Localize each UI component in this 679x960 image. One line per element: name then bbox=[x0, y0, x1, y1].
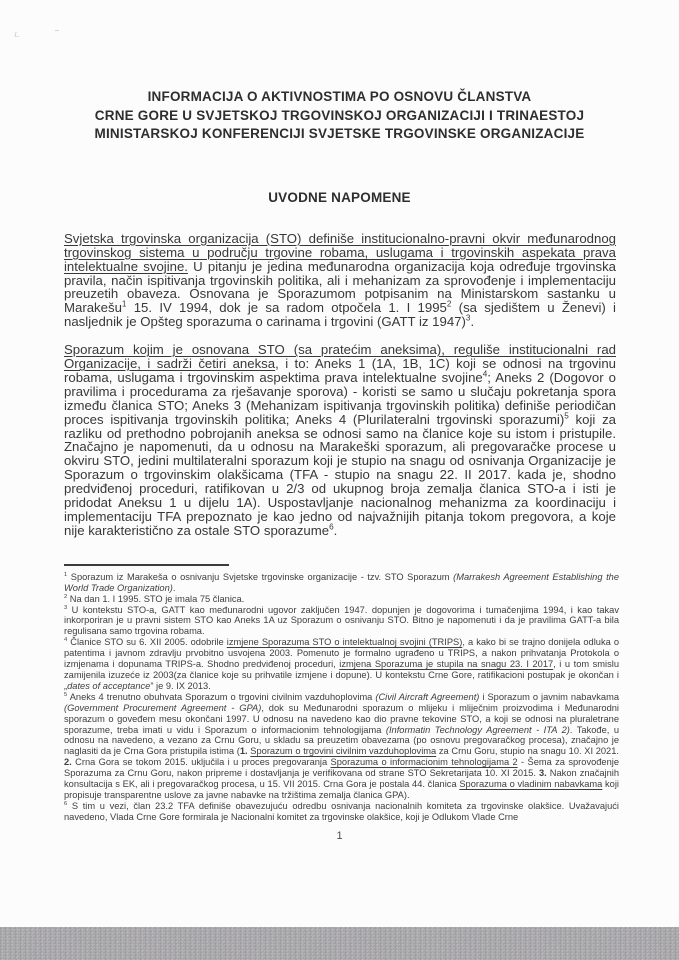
text-segment: (Government Procurement Agreement - GPA) bbox=[64, 703, 261, 713]
text-segment: Na dan 1. I 1995. STO je imala 75 članic… bbox=[67, 594, 244, 604]
text-segment: izmjene Sporazuma STO o intelektualnoj s… bbox=[227, 637, 463, 647]
text-segment: . bbox=[173, 583, 176, 593]
text-segment: Članice STO su 6. XII 2005. odobrile bbox=[67, 637, 227, 647]
scanned-document-page: INFORMACIJA O AKTIVNOSTIMA PO OSNOVU ČLA… bbox=[0, 0, 679, 960]
section-heading: UVODNE NAPOMENE bbox=[0, 191, 679, 205]
document-title-line-3: MINISTARSKOJ KONFERENCIJI SVJETSKE TRGOV… bbox=[40, 125, 639, 144]
document-body: Svjetska trgovinska organizacija (STO) d… bbox=[64, 232, 616, 538]
text-segment: 1. bbox=[240, 746, 248, 756]
scan-artifact-speck bbox=[55, 30, 59, 33]
page-number: 1 bbox=[0, 830, 679, 842]
footnote-4: 4 Članice STO su 6. XII 2005. odobrile i… bbox=[64, 637, 619, 692]
text-segment: koji za razliku od prethodno pobrojanih … bbox=[64, 412, 616, 538]
footnotes-section: 1 Sporazum iz Marakeša o osnivanju Svjet… bbox=[64, 572, 619, 823]
paragraph-2: Sporazum kojim je osnovana STO (sa prate… bbox=[64, 343, 616, 538]
footnote-5: 5 Aneks 4 trenutno obuhvata Sporazum o t… bbox=[64, 692, 619, 801]
text-segment: . bbox=[470, 314, 474, 329]
text-segment: dates of acceptance bbox=[67, 681, 150, 691]
scan-artifact-speck bbox=[14, 32, 20, 37]
text-segment: ” je 9. IX 2013. bbox=[150, 681, 210, 691]
footnote-3: 3 U kontekstu STO-a, GATT kao međunarodn… bbox=[64, 605, 619, 638]
document-title-line-2: CRNE GORE U SVJETSKOJ TRGOVINSKOJ ORGANI… bbox=[40, 107, 639, 126]
document-title: INFORMACIJA O AKTIVNOSTIMA PO OSNOVU ČLA… bbox=[40, 0, 639, 144]
text-segment: . bbox=[334, 523, 338, 538]
footnote-2: 2 Na dan 1. I 1995. STO je imala 75 član… bbox=[64, 594, 619, 605]
text-segment: (Informatin Technology Agreement - ITA 2… bbox=[386, 725, 570, 735]
text-segment: i Sporazum o javnim nabavkama bbox=[479, 692, 619, 702]
text-segment: 3. bbox=[539, 768, 547, 778]
text-segment: izmjena Sporazuma je stupila na snagu 23… bbox=[339, 659, 553, 669]
text-segment: S tim u vezi, član 23.2 TFA definiše oba… bbox=[64, 801, 619, 822]
footnote-1: 1 Sporazum iz Marakeša o osnivanju Svjet… bbox=[64, 572, 619, 594]
text-segment: 2. bbox=[64, 757, 72, 767]
text-segment: za Crnu Goru, stupio na snagu 10. XI 202… bbox=[436, 746, 619, 756]
paragraph-1: Svjetska trgovinska organizacija (STO) d… bbox=[64, 232, 616, 329]
footnote-6: 6 S tim u vezi, član 23.2 TFA definiše o… bbox=[64, 801, 619, 823]
text-segment: Sporazum iz Marakeša o osnivanju Svjetsk… bbox=[67, 572, 453, 582]
text-segment: (Civil Aircraft Agreement) bbox=[375, 692, 479, 702]
text-segment: Sporazuma o informacionim tehnologijama … bbox=[331, 757, 518, 767]
scanner-noise-band bbox=[0, 927, 679, 960]
text-segment: Aneks 4 trenutno obuhvata Sporazum o trg… bbox=[67, 692, 375, 702]
text-segment: Sporazum o trgovini civilnim vazduhoplov… bbox=[250, 746, 436, 756]
footnote-separator bbox=[64, 564, 229, 566]
text-segment: Sporazuma o vladinim nabavkama bbox=[459, 779, 602, 789]
text-segment: Crna Gora se tokom 2015. uključila i u p… bbox=[72, 757, 331, 767]
text-segment: U kontekstu STO-a, GATT kao međunarodni … bbox=[64, 605, 619, 637]
document-title-line-1: INFORMACIJA O AKTIVNOSTIMA PO OSNOVU ČLA… bbox=[40, 88, 639, 107]
